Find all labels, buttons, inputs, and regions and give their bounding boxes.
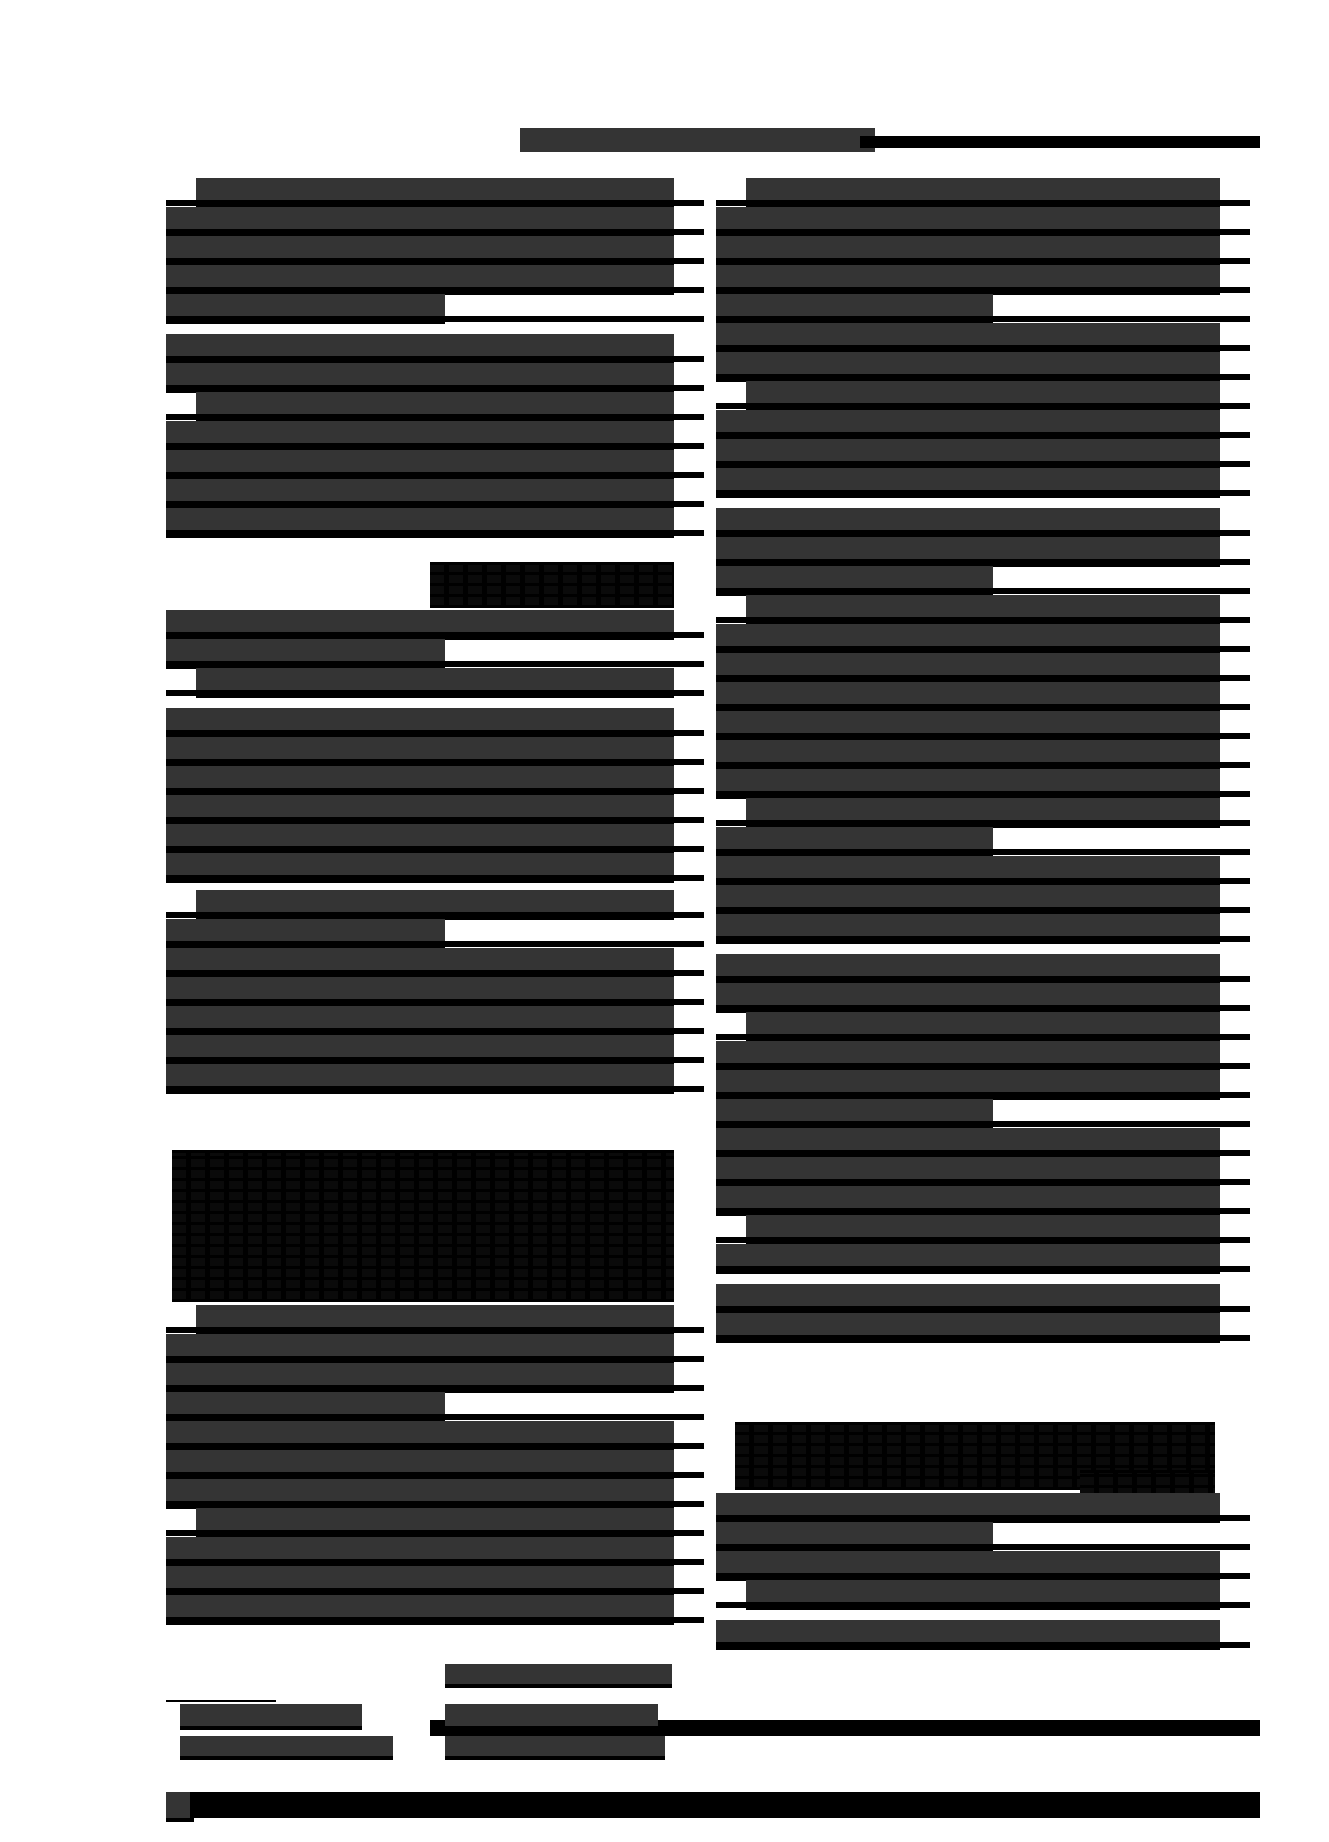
right-column-line-gap: [716, 403, 1250, 409]
left-column-line-gap: [166, 970, 704, 976]
left-column-line-gap: [166, 414, 704, 420]
left-column-line-gap: [166, 759, 704, 765]
right-column-line-gap: [716, 588, 1250, 594]
footnote-right-text: [0, 0, 1, 1]
left-column-line-gap: [166, 817, 704, 823]
right-column-line-gap: [716, 820, 1250, 826]
left-column-line-gap: [166, 1617, 704, 1623]
right-column-line-gap: [716, 646, 1250, 652]
right-column-line-gap: [716, 374, 1250, 380]
right-column-line-gap: [716, 936, 1250, 942]
footnote-separator-left: [166, 1700, 276, 1702]
left-column-line-gap: [166, 356, 704, 362]
right-column-line-gap: [716, 432, 1250, 438]
right-column-closing-line: [445, 1664, 672, 1684]
right-column-line-gap: [716, 675, 1250, 681]
right-column-line-gap: [716, 733, 1250, 739]
left-column-line-gap: [166, 1414, 704, 1420]
footnote-left-line-2: [180, 1736, 393, 1756]
right-column-line-gap: [716, 530, 1250, 536]
left-column-line-gap: [166, 258, 704, 264]
left-column-line-gap: [166, 1028, 704, 1034]
left-column-line-gap: [166, 661, 704, 667]
right-column-line-gap: [716, 1063, 1250, 1069]
left-column-line-gap: [166, 788, 704, 794]
header-rule: [860, 136, 1260, 148]
right-column-line-gap: [716, 1208, 1250, 1214]
left-column-line-gap: [166, 1472, 704, 1478]
right-column-line-gap: [716, 849, 1250, 855]
right-column-line-gap: [716, 1092, 1250, 1098]
left-column-line-gap: [166, 730, 704, 736]
left-column-line-gap: [166, 999, 704, 1005]
footnote-right-line-1: [445, 1704, 658, 1726]
right-column-line-gap: [716, 704, 1250, 710]
arabic-script-text-3: [0, 0, 1, 1]
right-column-line-gap: [716, 1306, 1250, 1312]
left-column-line-gap: [166, 1057, 704, 1063]
right-column-line-gap: [716, 1573, 1250, 1579]
right-column-line-gap: [716, 791, 1250, 797]
right-column-line-gap: [716, 1642, 1250, 1648]
left-column-line-gap: [166, 287, 704, 293]
left-column-line-gap: [166, 530, 704, 536]
left-column-line-gap: [166, 1588, 704, 1594]
left-column-line-gap: [166, 200, 704, 206]
left-column-line-gap: [166, 941, 704, 947]
right-column-line-gap: [716, 258, 1250, 264]
right-column-line-gap: [716, 1237, 1250, 1243]
right-column-line-gap: [716, 1179, 1250, 1185]
running-header: [520, 128, 875, 152]
left-column-line-gap: [166, 1086, 704, 1092]
left-column-line-gap: [166, 875, 704, 881]
left-column-line-gap: [166, 846, 704, 852]
right-column-line-gap: [716, 1602, 1250, 1608]
right-column-line-gap: [716, 461, 1250, 467]
right-column-line-gap: [716, 762, 1250, 768]
left-column-line-gap: [166, 229, 704, 235]
left-column-line-gap: [166, 472, 704, 478]
right-column-line-gap: [716, 1266, 1250, 1272]
right-column-line-gap: [716, 345, 1250, 351]
left-column-line-gap: [166, 1530, 704, 1536]
right-column-line-gap: [716, 907, 1250, 913]
right-column-line-gap: [716, 1150, 1250, 1156]
right-column-line-gap: [716, 559, 1250, 565]
left-column-line-gap: [166, 690, 704, 696]
left-column-line-gap: [166, 912, 704, 918]
right-column-line-gap: [716, 976, 1250, 982]
arabic-script-block-1: [430, 562, 674, 608]
document-page: [0, 0, 1329, 1842]
right-column-line-gap: [716, 316, 1250, 322]
right-column-line-gap: [716, 617, 1250, 623]
footnote-left-text: [0, 0, 1, 1]
running-header-text: [0, 0, 1, 1]
arabic-script-text-1: [0, 0, 1, 1]
right-column-line-gap: [716, 1121, 1250, 1127]
right-column-line-gap: [716, 229, 1250, 235]
right-column-line-gap: [716, 1544, 1250, 1550]
left-column-line-gap: [166, 501, 704, 507]
footnote-left-line-1: [180, 1704, 362, 1726]
right-column-line-gap: [716, 878, 1250, 884]
right-column-line-gap: [716, 1034, 1250, 1040]
left-column-line-gap: [166, 385, 704, 391]
footnote-right-line-2: [445, 1736, 665, 1756]
right-column-line-gap: [716, 1005, 1250, 1011]
arabic-script-text-2: [0, 0, 1, 1]
left-column-line-gap: [166, 1443, 704, 1449]
left-column-line-gap: [166, 1559, 704, 1565]
page-number-rule: [190, 1792, 1260, 1818]
right-column-line-gap: [716, 1335, 1250, 1341]
arabic-script-block-2: [172, 1150, 674, 1302]
right-column-line-gap: [716, 490, 1250, 496]
left-column-line-gap: [166, 1356, 704, 1362]
right-column-line-gap: [716, 287, 1250, 293]
left-column-line-gap: [166, 316, 704, 322]
right-column-line-gap: [716, 1515, 1250, 1521]
right-column-line-gap: [716, 200, 1250, 206]
left-column-line-gap: [166, 632, 704, 638]
left-column-line-gap: [166, 1327, 704, 1333]
left-column-line-gap: [166, 1385, 704, 1391]
page-number-text: [0, 0, 1, 1]
left-column-line-gap: [166, 443, 704, 449]
left-column-line-gap: [166, 1501, 704, 1507]
